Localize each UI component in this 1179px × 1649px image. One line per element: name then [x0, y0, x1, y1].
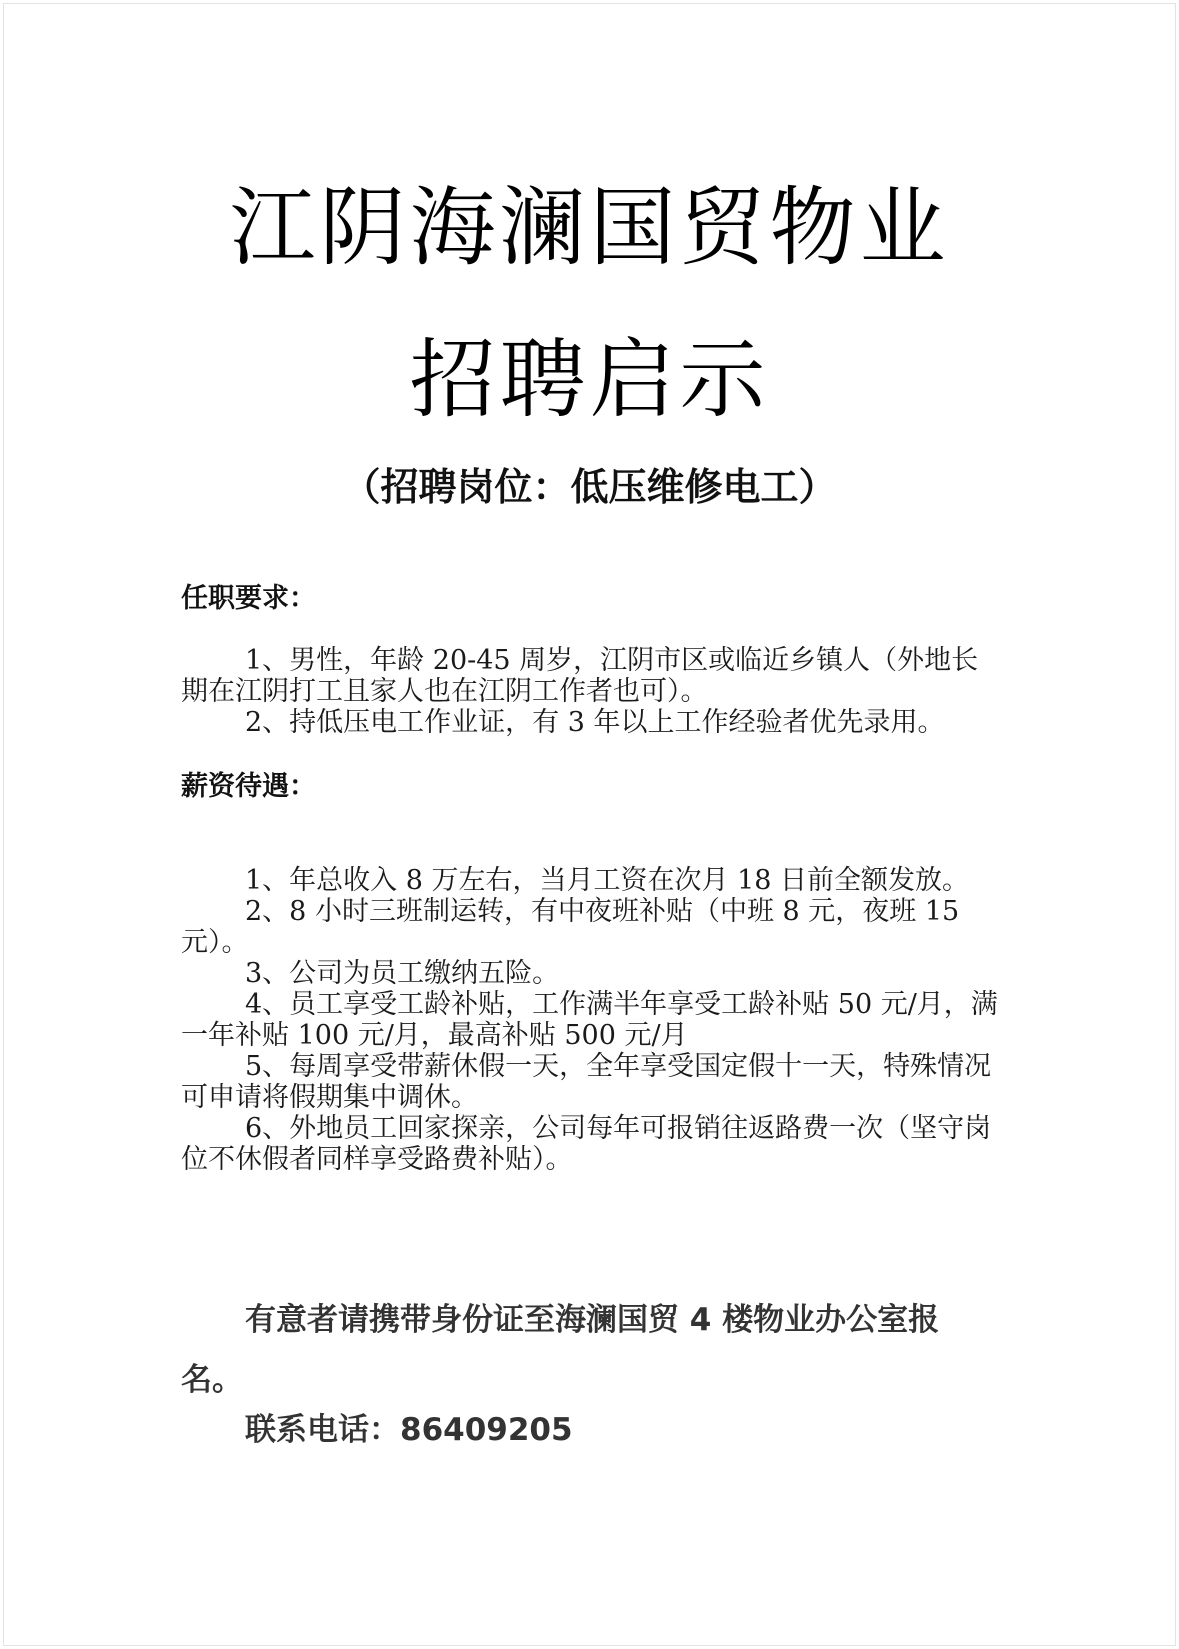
- benefit-item: 2、8 小时三班制运转，有中夜班补贴（中班 8 元，夜班 15 元）。: [181, 896, 1001, 958]
- job-position-subtitle: （招聘岗位：低压维修电工）: [0, 462, 1179, 512]
- benefit-item: 5、每周享受带薪休假一天，全年享受国定假十一天，特殊情况可申请将假期集中调休。: [181, 1051, 1001, 1113]
- requirements-heading: 任职要求：: [181, 582, 316, 616]
- benefit-item: 6、外地员工回家探亲，公司每年可报销往返路费一次（坚守岗位不休假者同样享受路费补…: [181, 1113, 1001, 1175]
- benefits-heading: 薪资待遇：: [181, 770, 316, 804]
- application-instructions: 有意者请携带身份证至海澜国贸 4 楼物业办公室报名。: [181, 1290, 1001, 1410]
- contact-phone: 联系电话：86409205: [181, 1408, 1065, 1452]
- requirement-item: 2、持低压电工作业证，有 3 年以上工作经验者优先录用。: [181, 707, 1001, 738]
- title-company: 江阴海澜国贸物业: [0, 178, 1179, 278]
- benefit-item: 4、员工享受工龄补贴，工作满半年享受工龄补贴 50 元/月，满一年补贴 100 …: [181, 989, 1001, 1051]
- requirement-item: 1、男性，年龄 20-45 周岁，江阴市区或临近乡镇人（外地长期在江阴打工且家人…: [181, 645, 1001, 707]
- requirements-list: 1、男性，年龄 20-45 周岁，江阴市区或临近乡镇人（外地长期在江阴打工且家人…: [181, 645, 1001, 738]
- title-notice: 招聘启示: [0, 330, 1179, 430]
- benefits-list: 1、年总收入 8 万左右，当月工资在次月 18 日前全额发放。 2、8 小时三班…: [181, 865, 1001, 1175]
- benefit-item: 3、公司为员工缴纳五险。: [181, 958, 1001, 989]
- benefit-item: 1、年总收入 8 万左右，当月工资在次月 18 日前全额发放。: [181, 865, 1001, 896]
